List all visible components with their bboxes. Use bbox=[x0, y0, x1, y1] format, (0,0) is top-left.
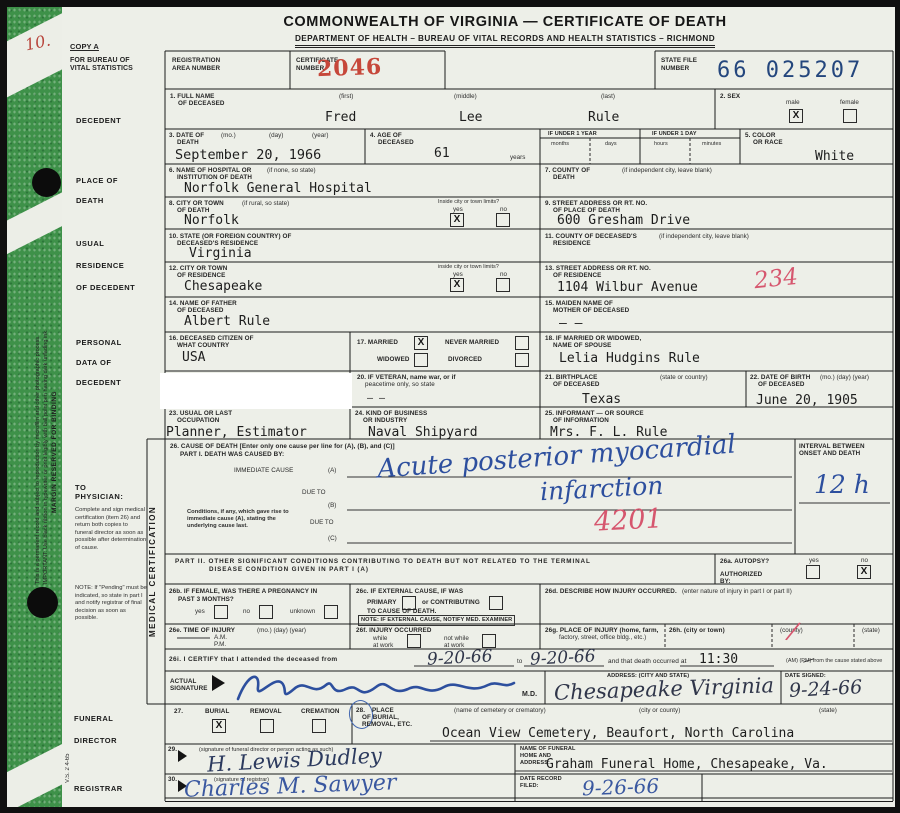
date-of-death-value: September 20, 1966 bbox=[175, 148, 321, 162]
field13-label-2: OF RESIDENCE bbox=[553, 272, 601, 279]
married-checkbox: X bbox=[414, 336, 428, 350]
divorced-checkbox bbox=[515, 353, 529, 367]
field12-limits-question: inside city or town limits? bbox=[438, 264, 499, 271]
section-funeral-1: FUNERAL bbox=[74, 715, 113, 724]
copy-label: COPY A bbox=[70, 43, 99, 50]
field3-month-unit: (mo.) bbox=[221, 132, 236, 139]
field3-label-2: DEATH bbox=[177, 139, 199, 146]
field26e-pm-label: P.M. bbox=[214, 641, 226, 648]
binding-note-1: IMPORTANT: Use black ribbon in typewrite… bbox=[42, 272, 50, 642]
copy-for-label-1: FOR BUREAU OF bbox=[70, 57, 130, 64]
actual-signature-label-2: SIGNATURE bbox=[170, 685, 208, 692]
date-of-birth-value: June 20, 1905 bbox=[756, 394, 858, 408]
section-personal-2: DATA OF bbox=[76, 359, 111, 368]
field26c-contributing-label: or CONTRIBUTING bbox=[422, 599, 480, 606]
field26d-label: 26d. DESCRIBE HOW INJURY OCCURRED. bbox=[545, 588, 677, 595]
field26e-units: (mo.) (day) (year) bbox=[257, 627, 306, 634]
under-1-day-label: IF UNDER 1 DAY bbox=[652, 131, 697, 138]
line-a-label: (A) bbox=[328, 467, 336, 474]
field7-label-2: DEATH bbox=[553, 174, 575, 181]
field28-col3-label: (state) bbox=[819, 707, 837, 714]
field21-hint: (state or country) bbox=[660, 374, 708, 381]
registration-area-label: REGISTRATION bbox=[172, 57, 220, 64]
never-married-checkbox bbox=[515, 336, 529, 350]
first-name-value: Fred bbox=[325, 111, 356, 125]
field26b-unknown-checkbox bbox=[324, 605, 338, 619]
sex-male-checkbox: X bbox=[789, 109, 803, 123]
field24-label-2: OR INDUSTRY bbox=[363, 417, 407, 424]
age-years-label: years bbox=[510, 154, 525, 161]
certificate-title: COMMONWEALTH OF VIRGINIA — CERTIFICATE O… bbox=[141, 14, 869, 30]
residence-address-value: 1104 Wilbur Avenue bbox=[557, 281, 698, 295]
field22-units: (mo.) (day) (year) bbox=[820, 374, 869, 381]
death-certificate-scan: 10. MARGIN RESERVED FOR BINDING IMPORTAN… bbox=[0, 0, 900, 813]
field12-yes-checkbox: X bbox=[450, 278, 464, 292]
field26c-label: 26c. IF EXTERNAL CAUSE, IF WAS bbox=[356, 588, 463, 595]
last-name-value: Rule bbox=[588, 111, 619, 125]
field1-first-label: (first) bbox=[339, 93, 353, 100]
field26g-label-2: factory, street, office bldg., etc.) bbox=[559, 634, 646, 641]
section-medical-certification: MEDICAL CERTIFICATION bbox=[148, 441, 164, 701]
sex-female-checkbox bbox=[843, 109, 857, 123]
section-registrar: REGISTRAR bbox=[74, 785, 123, 794]
residence-state-value: Virginia bbox=[189, 247, 252, 261]
field26b-label-2: PAST 3 MONTHS? bbox=[178, 596, 234, 603]
physician-instructions: Complete and sign medical certification … bbox=[75, 507, 147, 552]
immediate-cause-label: IMMEDIATE CAUSE bbox=[234, 467, 293, 474]
section-personal-3: DECEDENT bbox=[76, 379, 121, 388]
time-of-death-value: 11:30 bbox=[699, 653, 738, 667]
field26a-label: 26a. AUTOPSY? bbox=[720, 558, 769, 565]
occupation-value: Planner, Estimator bbox=[166, 426, 307, 440]
date-filed-handwriting: 9-26-66 bbox=[582, 776, 660, 799]
due-to-1-label: DUE TO bbox=[302, 489, 326, 496]
section-residence-1: USUAL bbox=[76, 240, 104, 249]
removal-checkbox bbox=[260, 719, 274, 733]
registration-area-label-2: AREA NUMBER bbox=[172, 65, 220, 72]
field26i-post: (AM) (PM) from the cause stated above bbox=[786, 658, 882, 665]
field20-label-2: peacetime only, so state bbox=[365, 381, 435, 388]
autopsy-no-label: no bbox=[861, 557, 868, 564]
section-place-2: DEATH bbox=[76, 197, 104, 206]
field18-label-2: NAME OF SPOUSE bbox=[553, 342, 611, 349]
field29-number: 29. bbox=[168, 746, 177, 753]
field12-no-checkbox bbox=[496, 278, 510, 292]
father-name-value: Albert Rule bbox=[184, 315, 270, 329]
field26b-no-checkbox bbox=[259, 605, 273, 619]
part2-line1: PART II. OTHER SIGNIFICANT CONDITIONS CO… bbox=[175, 558, 591, 565]
veteran-value: — — bbox=[367, 392, 385, 406]
field22-label-2: OF DECEASED bbox=[758, 381, 805, 388]
field25-label-2: OF INFORMATION bbox=[553, 417, 609, 424]
field28-col1-label: (name of cemetery or crematory) bbox=[454, 707, 546, 714]
residence-annotation-234: 234 bbox=[753, 267, 799, 291]
field26b-yes-checkbox bbox=[214, 605, 228, 619]
field26h-state-label: (state) bbox=[862, 627, 880, 634]
section-residence-2: RESIDENCE bbox=[76, 262, 124, 271]
field17-widowed-label: WIDOWED bbox=[377, 356, 410, 363]
certificate-paper: COMMONWEALTH OF VIRGINIA — CERTIFICATE O… bbox=[62, 7, 895, 807]
binding-strip: 10. MARGIN RESERVED FOR BINDING IMPORTAN… bbox=[7, 7, 62, 807]
binding-strip-gap bbox=[7, 186, 62, 258]
certificate-number-stamp: 2046 bbox=[317, 54, 383, 82]
due-to-2-label: DUE TO bbox=[310, 519, 334, 526]
field28-label-3: REMOVAL, ETC. bbox=[362, 721, 412, 728]
field26d-hint: (enter nature of injury in part I or par… bbox=[682, 588, 792, 595]
pending-note: NOTE: If "Pending" must be indicated, so… bbox=[75, 585, 147, 623]
attended-to-date: 9-20-66 bbox=[530, 646, 597, 669]
date-filed-label-2: FILED: bbox=[520, 783, 539, 790]
under-1-year-days: days bbox=[605, 141, 617, 148]
section-funeral-2: DIRECTOR bbox=[74, 737, 117, 746]
field28-col2-label: (city or county) bbox=[639, 707, 680, 714]
under-1-day-minutes: minutes bbox=[702, 141, 721, 148]
burial-place-value: Ocean View Cemetery, Beaufort, North Car… bbox=[442, 727, 794, 741]
sex-male-label: male bbox=[786, 99, 800, 106]
city-of-death-value: Norfolk bbox=[184, 214, 239, 228]
spouse-name-value: Lelia Hudgins Rule bbox=[559, 352, 700, 366]
field26b-unknown-label: unknown bbox=[290, 608, 315, 615]
field4-label-2: DECEASED bbox=[378, 139, 414, 146]
field26c-note: NOTE: IF EXTERNAL CAUSE, NOTIFY MED. EXA… bbox=[358, 615, 515, 626]
under-1-year-label: IF UNDER 1 YEAR bbox=[548, 131, 597, 138]
binding-strip-gap bbox=[7, 9, 62, 99]
burial-label: BURIAL bbox=[205, 708, 229, 715]
form-code: V.S. 2 4-65 bbox=[65, 733, 74, 803]
field21-label-2: OF DECEASED bbox=[553, 381, 600, 388]
burial-checkbox: X bbox=[212, 719, 226, 733]
field8-limits-question: Inside city or town limits? bbox=[438, 199, 499, 206]
field7-hint: (if independent city, leave blank) bbox=[622, 167, 712, 174]
section-residence-3: OF DECEDENT bbox=[76, 284, 135, 293]
md-label: M.D. bbox=[522, 691, 537, 698]
field1-last-label: (last) bbox=[601, 93, 615, 100]
field8-hint: (if rural, so state) bbox=[242, 200, 289, 207]
citizenship-value: USA bbox=[182, 351, 205, 365]
binding-strip-gap bbox=[7, 738, 62, 807]
date-signed-handwriting: 9-24-66 bbox=[789, 677, 863, 701]
interval-handwriting: 12 h bbox=[814, 475, 870, 495]
binding-note-2: This is a permanent record and subject t… bbox=[34, 287, 42, 632]
field17-never-label: NEVER MARRIED bbox=[445, 339, 499, 346]
section-place-1: PLACE OF bbox=[76, 177, 118, 186]
line-c-label: (C) bbox=[328, 535, 337, 542]
field26-part1-label: PART I. DEATH WAS CAUSED BY: bbox=[180, 451, 284, 458]
field29-arrow-icon bbox=[178, 750, 187, 762]
field5-label-2: OR RACE bbox=[753, 139, 783, 146]
field11-label-2: RESIDENCE bbox=[553, 240, 591, 247]
certificate-subtitle: DEPARTMENT OF HEALTH – BUREAU OF VITAL R… bbox=[141, 34, 869, 48]
section-personal-1: PERSONAL bbox=[76, 339, 122, 348]
hospital-value: Norfolk General Hospital bbox=[184, 182, 372, 196]
autopsy-yes-checkbox bbox=[806, 565, 820, 579]
mother-maiden-value: — — bbox=[559, 317, 582, 331]
field3-day-unit: (day) bbox=[269, 132, 283, 139]
punch-hole bbox=[32, 168, 61, 197]
part2-line2: DISEASE CONDITION GIVEN IN PART I (A) bbox=[209, 566, 369, 573]
while-at-work-checkbox bbox=[407, 634, 421, 648]
widowed-checkbox bbox=[414, 353, 428, 367]
race-value: White bbox=[815, 150, 854, 164]
middle-name-value: Lee bbox=[459, 111, 482, 125]
removal-label: REMOVAL bbox=[250, 708, 282, 715]
field2-label: 2. SEX bbox=[720, 93, 740, 100]
physician-signature bbox=[230, 667, 520, 707]
field26b-no-label: no bbox=[243, 608, 250, 615]
field26b-label: 26b. IF FEMALE, WAS THERE A PREGNANCY IN bbox=[169, 588, 317, 595]
contributing-checkbox bbox=[489, 596, 503, 610]
signature-arrow-icon bbox=[212, 675, 225, 691]
age-value: 61 bbox=[434, 147, 450, 161]
field17-married-label: 17. MARRIED bbox=[357, 339, 398, 346]
field26i-pre: 26i. I CERTIFY that I attended the decea… bbox=[169, 656, 338, 663]
cremation-checkbox bbox=[312, 719, 326, 733]
sex-female-label: female bbox=[840, 99, 859, 106]
field30-number: 30. bbox=[168, 776, 177, 783]
to-physician-label-2: PHYSICIAN: bbox=[75, 493, 123, 502]
cause-of-death-handwriting-2: infarction bbox=[540, 476, 664, 502]
interval-label-2: ONSET AND DEATH bbox=[799, 450, 860, 457]
conditions-note: Conditions, if any, which gave rise to i… bbox=[187, 509, 299, 530]
field8-no-checkbox bbox=[496, 213, 510, 227]
field19-redaction-box bbox=[160, 373, 352, 409]
field23-label-2: OCCUPATION bbox=[177, 417, 219, 424]
certificate-subtitle-text: DEPARTMENT OF HEALTH – BUREAU OF VITAL R… bbox=[295, 34, 715, 48]
authorized-by-label-2: BY: bbox=[720, 578, 731, 585]
binding-title: MARGIN RESERVED FOR BINDING bbox=[50, 297, 60, 607]
field1-label-2: OF DECEASED bbox=[178, 100, 225, 107]
under-1-year-months: months bbox=[551, 141, 569, 148]
section-decedent: DECEDENT bbox=[76, 117, 121, 126]
line-b-label: (B) bbox=[328, 502, 336, 509]
state-file-label: STATE FILE bbox=[661, 57, 697, 64]
field26f-while-label-2: at work bbox=[373, 642, 393, 649]
birthplace-value: Texas bbox=[582, 393, 621, 407]
autopsy-no-checkbox: X bbox=[857, 565, 871, 579]
residence-city-value: Chesapeake bbox=[184, 280, 262, 294]
field26-label: 26. CAUSE OF DEATH [Enter only one cause… bbox=[170, 443, 395, 450]
field26i-mid: and that death occurred at bbox=[608, 658, 687, 665]
field17-divorced-label: DIVORCED bbox=[448, 356, 482, 363]
field26b-yes-label: yes bbox=[195, 608, 205, 615]
field1-middle-label: (middle) bbox=[454, 93, 477, 100]
field15-label-2: MOTHER OF DECEASED bbox=[553, 307, 629, 314]
field3-year-unit: (year) bbox=[312, 132, 328, 139]
field6-hint: (if none, so state) bbox=[267, 167, 316, 174]
field26i-to-word: to bbox=[517, 658, 522, 665]
field27-number: 27. bbox=[174, 708, 183, 715]
under-1-day-hours: hours bbox=[654, 141, 668, 148]
field8-yes-checkbox: X bbox=[450, 213, 464, 227]
death-address-value: 600 Gresham Drive bbox=[557, 214, 690, 228]
cremation-label: CREMATION bbox=[301, 708, 340, 715]
state-file-label-2: NUMBER bbox=[661, 65, 689, 72]
industry-value: Naval Shipyard bbox=[368, 426, 478, 440]
state-file-number: 66 025207 bbox=[717, 58, 863, 83]
field26h-label: 26h. (city or town) bbox=[669, 627, 725, 634]
code-4201-handwriting: 4201 bbox=[594, 509, 664, 533]
autopsy-yes-label: yes bbox=[809, 557, 819, 564]
field16-label-2: WHAT COUNTRY bbox=[177, 342, 229, 349]
funeral-home-value: Graham Funeral Home, Chesapeake, Va. bbox=[546, 758, 828, 772]
copy-for-label-2: VITAL STATISTICS bbox=[70, 65, 133, 72]
field26c-primary-label: PRIMARY bbox=[367, 599, 397, 606]
field11-hint: (if independent city, leave blank) bbox=[659, 233, 749, 240]
